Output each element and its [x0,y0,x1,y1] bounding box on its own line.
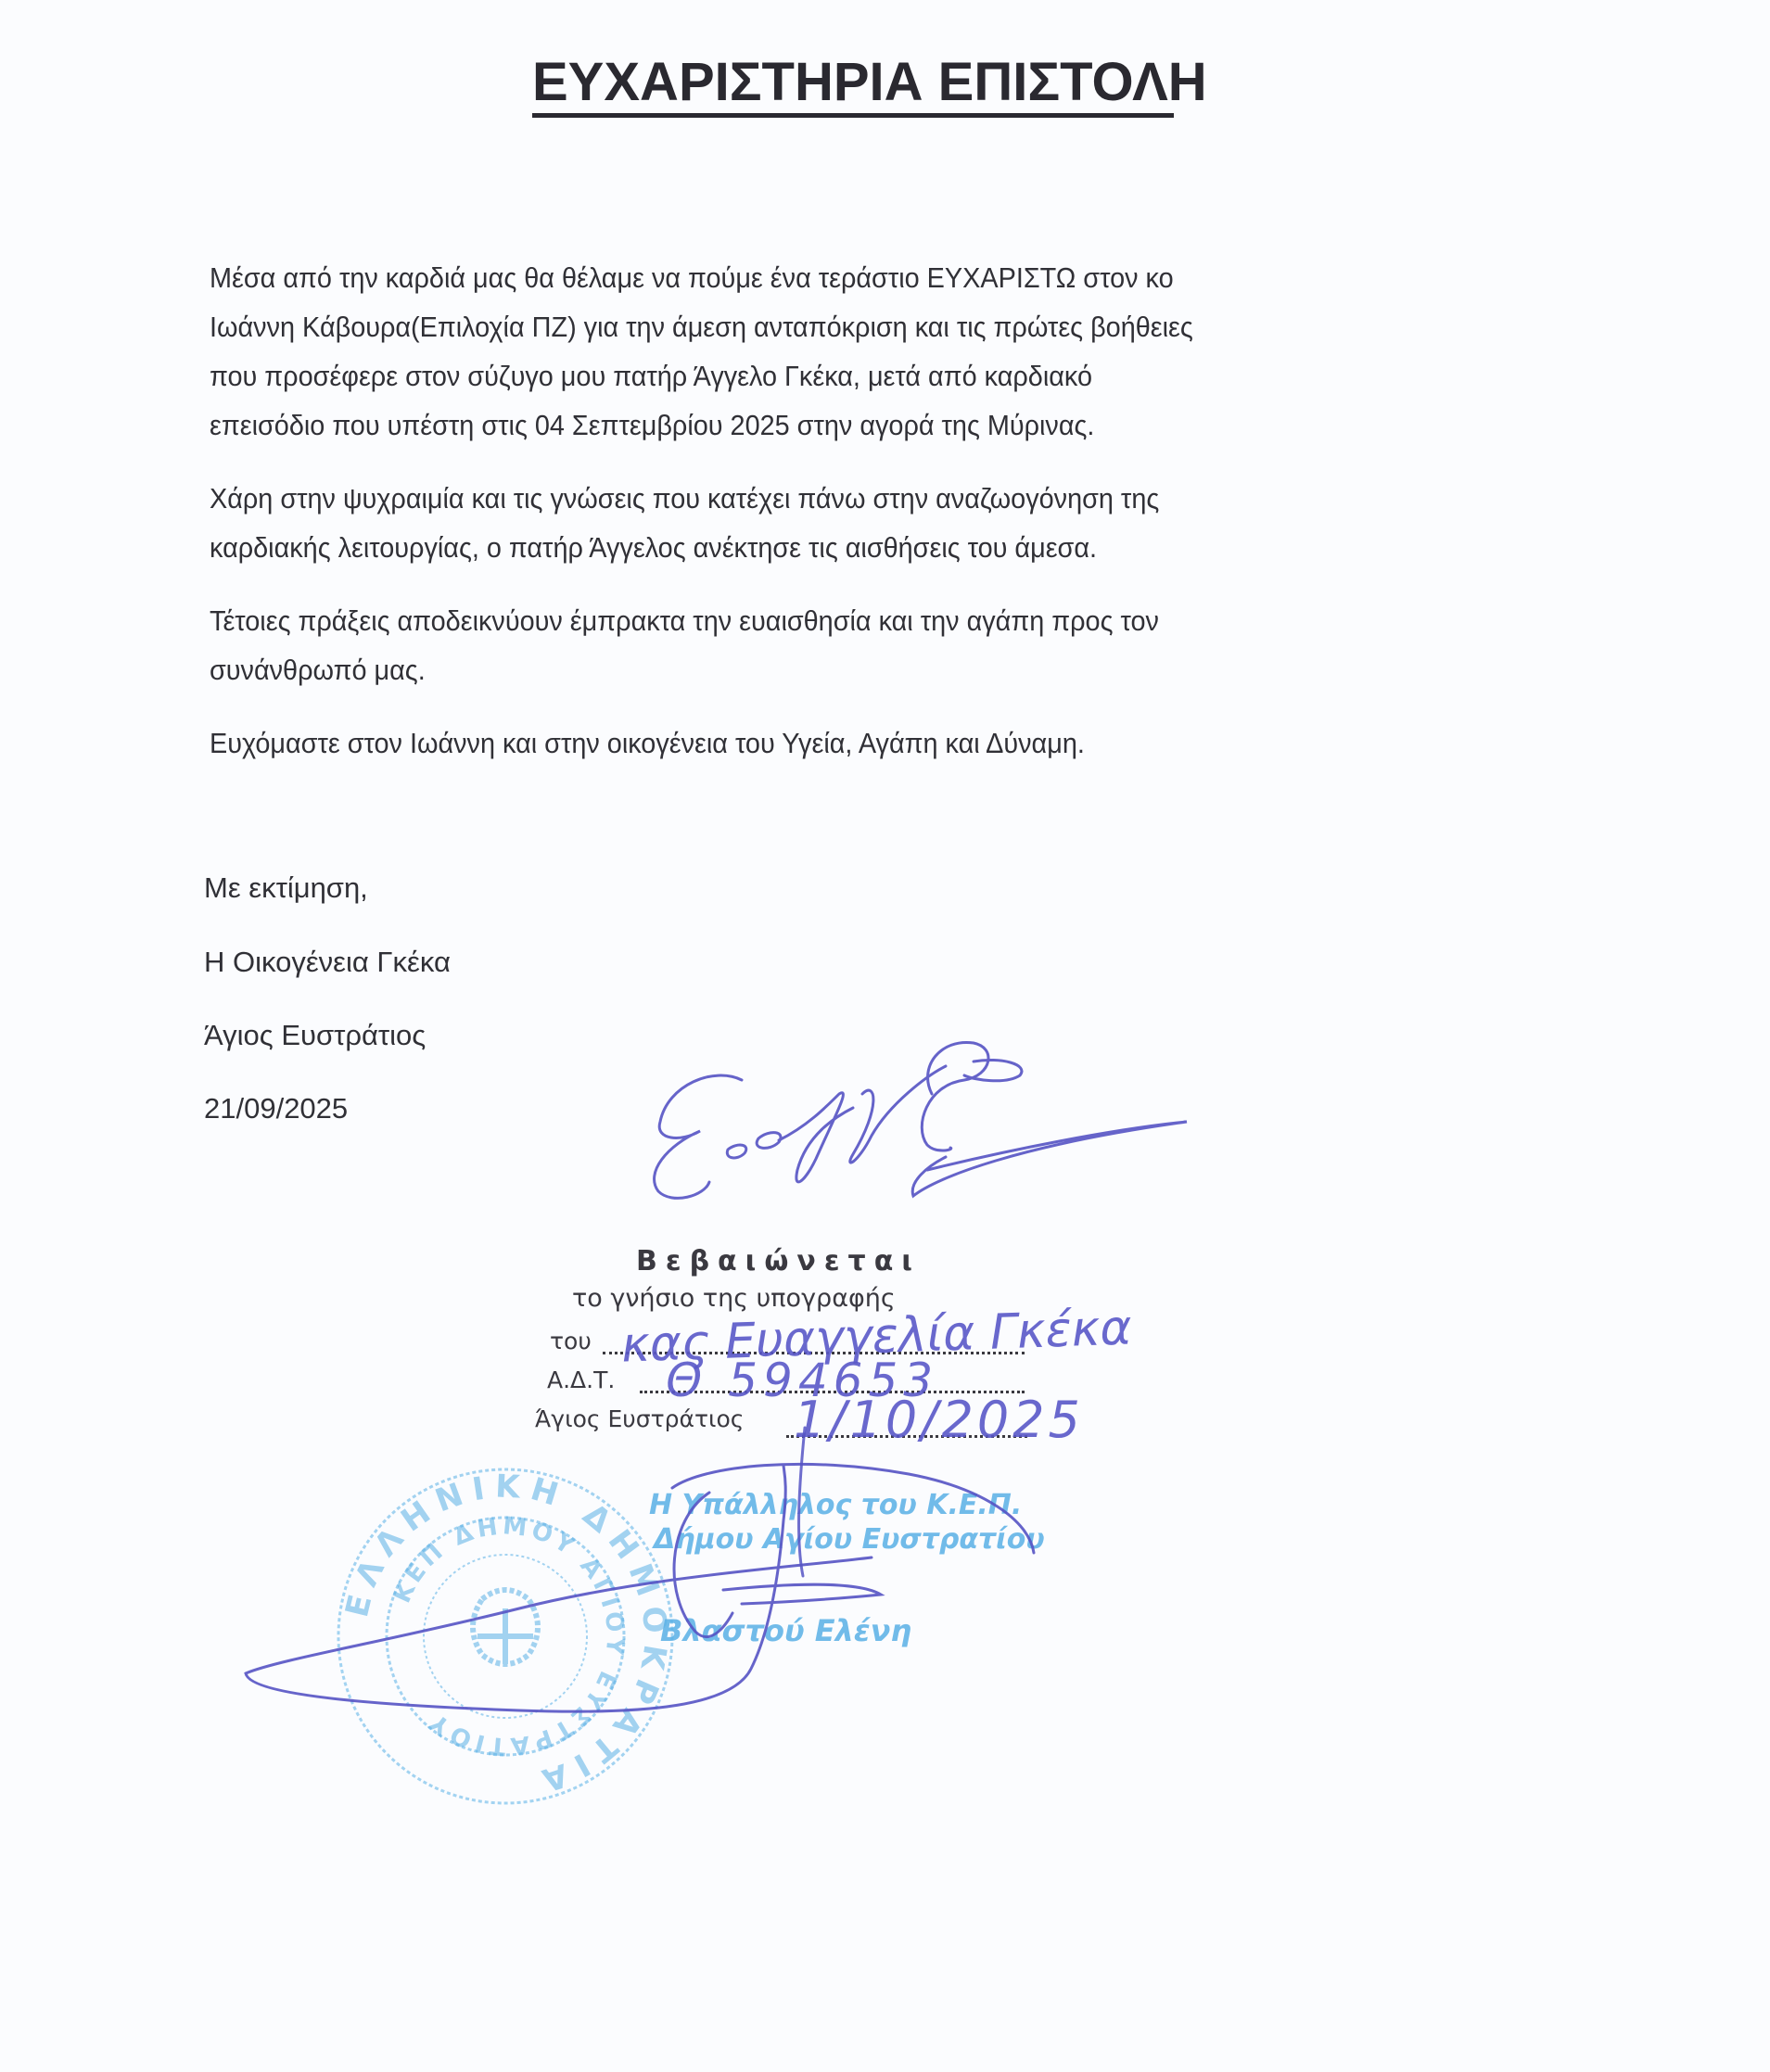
paragraph-3-line-2: συνάνθρωπό μας. [210,654,426,687]
paragraph-3-line-1: Τέτοιες πράξεις αποδεικνύουν έμπρακτα τη… [210,604,1159,638]
paragraph-1-line-1: Μέσα από την καρδιά μας θα θέλαμε να πού… [210,261,1174,295]
officer-title-line1: Η Υπάλληλος του Κ.Ε.Π. [649,1489,1022,1521]
title-underline [532,113,1174,118]
handwritten-date: 1/10/2025 [794,1391,1084,1449]
officer-name: Βλαστού Ελένη [660,1613,911,1648]
paragraph-1-line-4: επεισόδιο που υπέστη στις 04 Σεπτεμβρίου… [210,409,1094,442]
closing-place: Άγιος Ευστράτιος [204,1019,426,1052]
id-label: Α.Δ.Τ. [547,1367,615,1393]
place-label: Άγιος Ευστράτιος [535,1405,744,1432]
paragraph-2-line-1: Χάρη στην ψυχραιμία και τις γνώσεις που … [210,482,1159,515]
family-signature [655,1042,1187,1198]
closing-signatory: Η Οικογένεια Γκέκα [204,946,451,979]
certification-heading: Βεβαιώνεται [636,1245,921,1278]
closing-date: 21/09/2025 [204,1092,348,1125]
svg-text:ΕΛΛΗΝΙΚΗ ΔΗΜΟΚΡΑΤΙΑ: ΕΛΛΗΝΙΚΗ ΔΗΜΟΚΡΑΤΙΑ [338,1468,674,1801]
of-label: του [550,1328,592,1354]
certification-subheading: το γνήσιο της υπογραφής [572,1284,896,1313]
closing-salutation: Με εκτίμηση, [204,871,368,905]
officer-title-line2: Δήμου Αγίου Ευστρατίου [654,1523,1045,1556]
paragraph-1-line-2: Ιωάννη Κάβουρα(Επιλοχία ΠΖ) για την άμεσ… [210,311,1193,344]
paragraph-4-line-1: Ευχόμαστε στον Ιωάννη και στην οικογένει… [210,727,1085,760]
svg-text:ΚΕΠ ΔΗΜΟΥ ΑΓΙΟΥ ΕΥΣΤΡΑΤΙΟΥ: ΚΕΠ ΔΗΜΟΥ ΑΓΙΟΥ ΕΥΣΤΡΑΤΙΟΥ [388,1512,630,1760]
paragraph-2-line-2: καρδιακής λειτουργίας, ο πατήρ Άγγελος α… [210,531,1097,565]
letter-title: ΕΥΧΑΡΙΣΤΗΡΙΑ ΕΠΙΣΤΟΛΗ [532,54,1174,111]
paragraph-1-line-3: που προσέφερε στον σύζυγο μου πατήρ Άγγε… [210,360,1092,393]
